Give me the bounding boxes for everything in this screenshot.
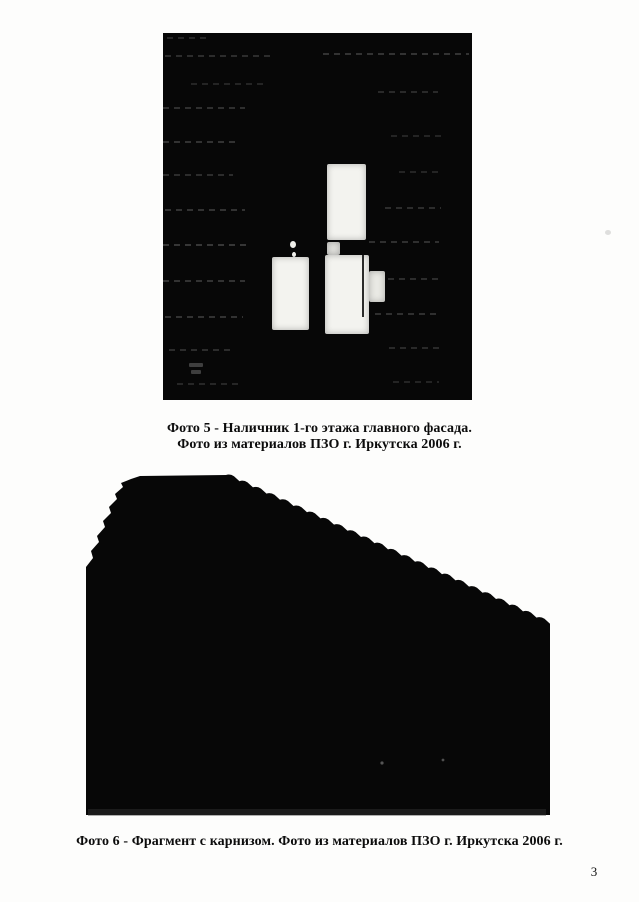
- log-seam-streak: [163, 280, 245, 282]
- scan-speck: [605, 230, 611, 235]
- scan-mark: [191, 370, 201, 374]
- window-middle-blob: [327, 242, 340, 255]
- log-seam-streak: [378, 91, 438, 93]
- cornice-silhouette: [86, 474, 550, 815]
- window-left-shutter: [272, 257, 309, 330]
- log-seam-streak: [389, 347, 441, 349]
- log-seam-streak: [393, 381, 439, 383]
- interior-speck: [442, 759, 445, 762]
- highlight-dot: [292, 252, 296, 257]
- log-seam-streak: [177, 383, 239, 385]
- log-seam-streak: [163, 244, 251, 246]
- caption-line-1: Фото 5 - Наличник 1-го этажа главного фа…: [0, 421, 639, 437]
- window-right-appendage: [369, 271, 385, 302]
- bottom-texture-strip: [88, 809, 546, 816]
- interior-speck: [380, 761, 383, 764]
- log-seam-streak: [377, 278, 439, 280]
- log-seam-streak: [169, 349, 235, 351]
- photo-5-caption: Фото 5 - Наличник 1-го этажа главного фа…: [0, 421, 639, 453]
- log-seam-streak: [191, 83, 266, 85]
- caption-line-2: Фото из материалов ПЗО г. Иркутска 2006 …: [0, 437, 639, 453]
- log-seam-streak: [323, 53, 469, 55]
- sash-crack: [362, 255, 364, 317]
- window-upper-sash: [327, 164, 366, 240]
- page-number: 3: [584, 864, 604, 880]
- log-seam-streak: [163, 107, 245, 109]
- photo-6-image: [83, 472, 551, 817]
- log-seam-streak: [399, 171, 441, 173]
- document-page: Фото 5 - Наличник 1-го этажа главного фа…: [0, 0, 639, 902]
- log-seam-streak: [165, 209, 245, 211]
- log-seam-streak: [167, 37, 209, 39]
- log-seam-streak: [375, 313, 441, 315]
- log-seam-streak: [163, 174, 233, 176]
- photo-6-caption: Фото 6 - Фрагмент с карнизом. Фото из ма…: [0, 834, 639, 850]
- log-seam-streak: [165, 316, 243, 318]
- highlight-dot: [290, 241, 296, 248]
- photo-5-image: [163, 33, 472, 400]
- log-seam-streak: [391, 135, 441, 137]
- log-seam-streak: [163, 141, 237, 143]
- log-seam-streak: [385, 207, 441, 209]
- scan-mark: [189, 363, 203, 367]
- log-seam-streak: [369, 241, 439, 243]
- log-seam-streak: [165, 55, 273, 57]
